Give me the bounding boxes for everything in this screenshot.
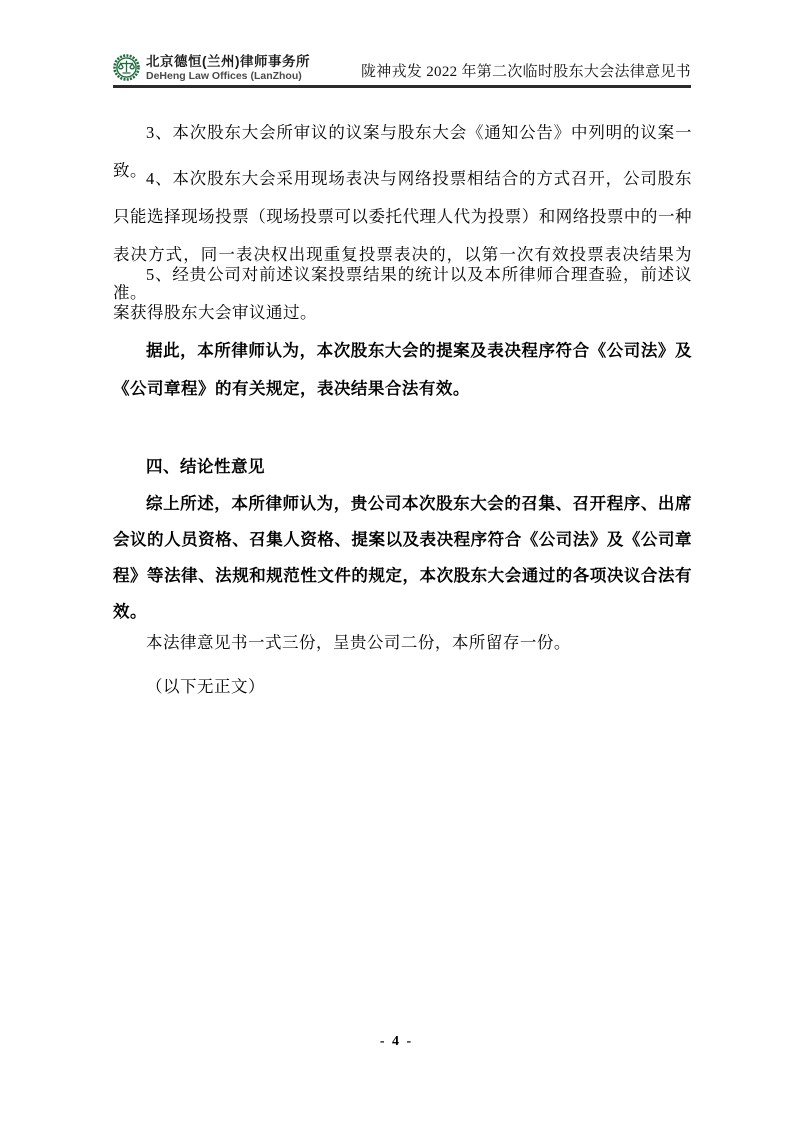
- deheng-logo-icon: [113, 54, 140, 81]
- section-heading-conclusive-opinion: 四、结论性意见: [113, 448, 692, 486]
- firm-name-english: DeHeng Law Offices (LanZhou): [146, 70, 310, 82]
- no-more-text-note: （以下无正文）: [113, 668, 692, 706]
- law-firm-names: 北京德恒(兰州)律师事务所 DeHeng Law Offices (LanZho…: [146, 54, 310, 82]
- firm-name-chinese: 北京德恒(兰州)律师事务所: [146, 54, 310, 70]
- page-header: 北京德恒(兰州)律师事务所 DeHeng Law Offices (LanZho…: [113, 48, 691, 88]
- law-firm-brand: 北京德恒(兰州)律师事务所 DeHeng Law Offices (LanZho…: [113, 54, 310, 82]
- conclusion-intro-paragraph: 据此，本所律师认为，本次股东大会的提案及表决程序符合《公司法》及《公司章程》的有…: [113, 332, 692, 408]
- document-page: 北京德恒(兰州)律师事务所 DeHeng Law Offices (LanZho…: [0, 0, 793, 1122]
- conclusion-body-paragraph: 综上所述，本所律师认为，贵公司本次股东大会的召集、召开程序、出席会议的人员资格、…: [113, 486, 692, 630]
- paragraph-item-5: 5、经贵公司对前述议案投票结果的统计以及本所律师合理查验，前述议案获得股东大会审…: [113, 256, 692, 332]
- page-number: - 4 -: [0, 1034, 793, 1050]
- document-title-header: 陇神戎发 2022 年第二次临时股东大会法律意见书: [361, 60, 691, 82]
- copies-note-paragraph: 本法律意见书一式三份，呈贵公司二份，本所留存一份。: [113, 624, 692, 662]
